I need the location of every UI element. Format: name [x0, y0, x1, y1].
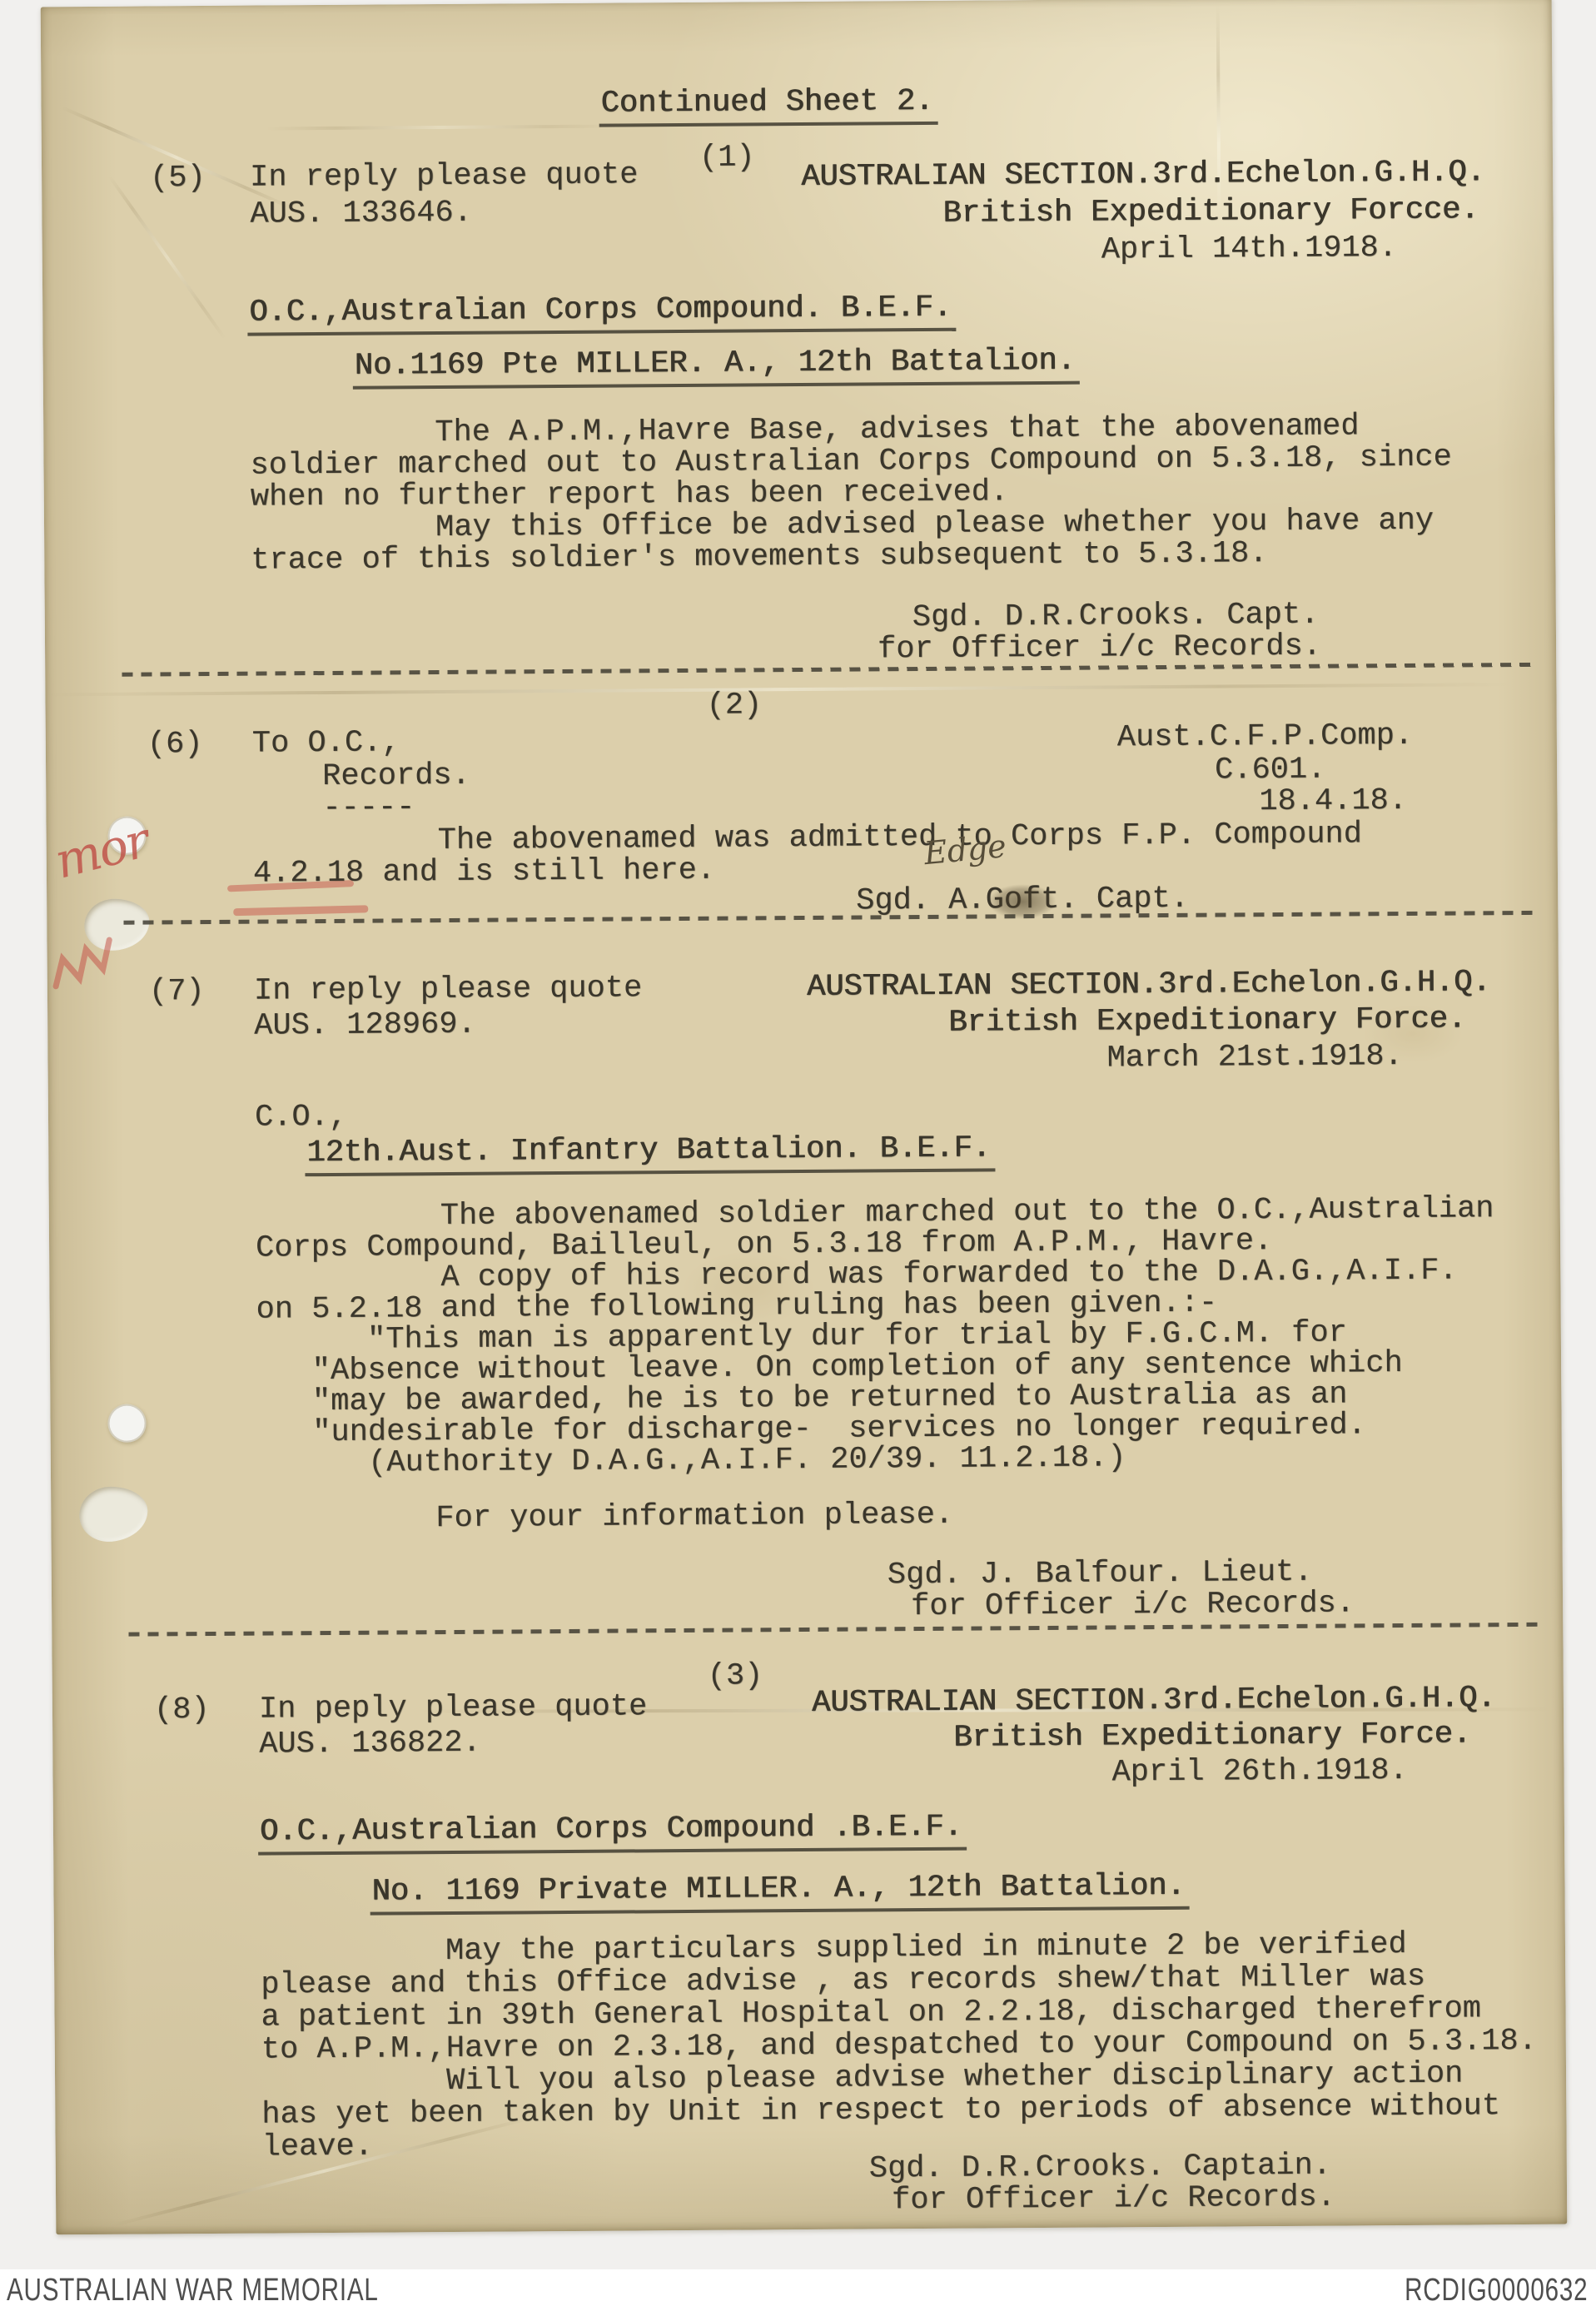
archive-item-id: RCDIG0000632	[1405, 2268, 1588, 2311]
minute5-subject: No.1169 Pte MILLER. A., 12th Battalion.	[355, 344, 1080, 384]
minute5-date: April 14th.1918.	[1101, 231, 1398, 267]
minute5-ref-line2: AUS. 133646.	[250, 196, 472, 232]
red-scribble	[40, 918, 137, 1003]
minute8-ref-line1: In peply please quote	[259, 1689, 648, 1727]
minute6-to-line3: -----	[322, 790, 415, 826]
red-pencil-stroke	[233, 905, 368, 916]
sheet-title-text: Continued Sheet 2.	[599, 84, 937, 127]
minute8-body-line7: leave.	[261, 2130, 373, 2165]
minute5-addressee-text: O.C.,Australian Corps Compound. B.E.F.	[247, 291, 956, 336]
minute6-date: 18.4.18.	[1259, 783, 1407, 819]
minute8-date: April 26th.1918.	[1111, 1753, 1408, 1790]
minute8-doc-number: (3)	[708, 1658, 763, 1693]
archive-name: AUSTRALIAN WAR MEMORIAL	[7, 2268, 379, 2311]
minute7-ref-line2: AUS. 128969.	[254, 1007, 476, 1044]
minute8-ref-line2: AUS. 136822.	[259, 1726, 481, 1762]
minute7-letterhead-line2: British Expeditionary Force.	[948, 1001, 1466, 1040]
minute8-addressee: O.C.,Australian Corps Compound .B.E.F.	[260, 1810, 967, 1850]
archive-footer-bar: AUSTRALIAN WAR MEMORIAL RCDIG0000632	[0, 2269, 1596, 2311]
minute7-body-line9: (Authority D.A.G.,A.I.F. 20/39. 11.2.18.…	[257, 1440, 1126, 1481]
minute6-signature-post: . Capt.	[1059, 882, 1189, 917]
minute7-ref-line1: In reply please quote	[254, 971, 643, 1008]
minute7-label: (7)	[149, 974, 205, 1009]
minute5-label: (5)	[150, 161, 206, 196]
dashed-separator	[128, 1623, 1544, 1637]
minute7-addressee-line2: 12th.Aust. Infantry Battalion. B.E.F.	[306, 1131, 995, 1170]
punch-hole	[107, 1404, 146, 1443]
crease	[266, 125, 616, 131]
scanned-document-page: mor Continued Sheet 2. (5) In reply plea…	[41, 0, 1568, 2234]
minute6-label: (6)	[147, 727, 203, 762]
minute6-to-line1: To O.C.,	[252, 725, 400, 761]
minute7-signature-line2: for Officer i/c Records.	[911, 1586, 1355, 1624]
minute6-body-line2: 4.2.18 and is still here.	[253, 853, 715, 892]
handwritten-correction: Edge	[922, 827, 1008, 872]
minute5-subject-text: No.1169 Pte MILLER. A., 12th Battalion.	[353, 344, 1080, 390]
minute7-addressee-text: 12th.Aust. Infantry Battalion. B.E.F.	[305, 1131, 995, 1176]
minute6-body-line1: The abovenamed was admitted to Corps F.P…	[253, 817, 1362, 859]
minute8-signature-line2: for Officer i/c Records.	[892, 2180, 1335, 2219]
minute6-doc-number: (2)	[706, 688, 762, 723]
dashed-separator	[122, 663, 1537, 677]
minute5-body-line5: trace of this soldier's movements subseq…	[251, 536, 1267, 579]
minute8-addressee-text: O.C.,Australian Corps Compound .B.E.F.	[258, 1810, 967, 1856]
minute7-addressee-line1: C.O.,	[255, 1100, 347, 1136]
minute8-subject-text: No. 1169 Private MILLER. A., 12th Battal…	[370, 1869, 1189, 1916]
minute5-signature-line2: for Officer i/c Records.	[878, 629, 1321, 668]
minute5-letterhead-line1: AUSTRALIAN SECTION.3rd.Echelon.G.H.Q.	[801, 155, 1485, 195]
minute6-origin: Aust.C.F.P.Comp.	[1117, 718, 1414, 755]
minute6-signature-pre: Sgd. A.	[856, 882, 986, 918]
minute5-ref-line1: In reply please quote	[250, 157, 639, 195]
sheet-title: Continued Sheet 2.	[600, 84, 937, 122]
minute6-reference: C.601.	[1215, 753, 1326, 788]
minute7-date: March 21st.1918.	[1106, 1039, 1403, 1076]
minute7-letterhead-line1: AUSTRALIAN SECTION.3rd.Echelon.G.H.Q.	[807, 965, 1491, 1005]
minute6-signature-smudged-name: Goft	[985, 882, 1059, 918]
minute5-addressee: O.C.,Australian Corps Compound. B.E.F.	[249, 291, 956, 330]
minute8-body-line6: has yet been taken by Unit in respect to…	[261, 2089, 1500, 2132]
minute8-letterhead-line2: British Expeditionary Force.	[953, 1717, 1471, 1755]
minute8-letterhead-line1: AUSTRALIAN SECTION.3rd.Echelon.G.H.Q.	[812, 1681, 1496, 1721]
paper-tear	[79, 1487, 147, 1543]
minute5-doc-number: (1)	[699, 140, 755, 175]
red-pencil-script: mor	[49, 812, 153, 890]
minute7-closing: For your information please.	[435, 1498, 953, 1536]
minute6-to-line2: Records.	[322, 758, 470, 794]
minute8-subject: No. 1169 Private MILLER. A., 12th Battal…	[371, 1869, 1189, 1910]
minute5-letterhead-line2: British Expeditionary Forcce.	[942, 192, 1479, 231]
crease	[47, 683, 1512, 696]
crease	[108, 175, 226, 340]
minute8-label: (8)	[154, 1692, 210, 1727]
